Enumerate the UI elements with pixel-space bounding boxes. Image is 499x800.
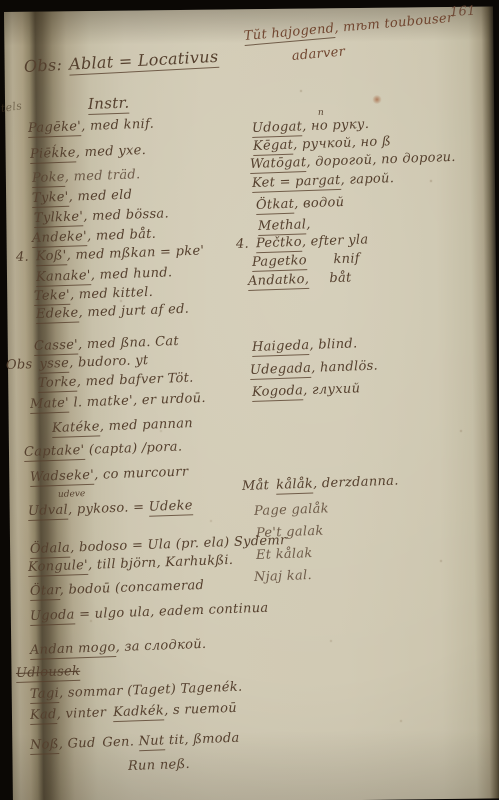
paper-specks xyxy=(0,0,2,2)
entry-word: Ötar xyxy=(30,583,60,601)
entry-gloss: , ручкой, но ß xyxy=(293,134,391,152)
entry-word: Andeke' xyxy=(32,229,88,248)
entry-gloss: knif xyxy=(307,251,361,268)
entry-gloss: , med båt. xyxy=(87,227,157,244)
entry-word: Ödala xyxy=(30,541,71,559)
manuscript-line: Methal, xyxy=(258,218,311,234)
entry-word: Casse' xyxy=(34,337,79,356)
entry-word: Udegada xyxy=(250,361,312,380)
entry-word: Pagetko xyxy=(252,253,308,272)
entry-word: Pagēke' xyxy=(28,119,82,138)
manuscript-line: Run neß. xyxy=(128,758,190,774)
entry-word: Andan mogo xyxy=(30,640,116,660)
entry-word: Kanake' xyxy=(36,268,91,287)
entry-gloss: Page galåk xyxy=(254,501,329,519)
entry-word2: Kadkék xyxy=(113,703,165,722)
entry-gloss: , med knif. xyxy=(81,117,154,135)
entry-word: Kogoda xyxy=(252,383,304,402)
manuscript-line: Et kålak xyxy=(256,547,313,563)
entry-gloss: Njaj kal. xyxy=(254,568,312,585)
entry-gloss: Et kålak xyxy=(256,546,313,563)
entry-gloss: , за слодкой. xyxy=(115,637,206,655)
entry-gloss: , handlös. xyxy=(311,359,378,376)
entry-gloss: , med ßna. Cat xyxy=(78,334,179,353)
manuscript-line: Pe't galak xyxy=(256,525,324,542)
entry-word: Ugoda xyxy=(30,607,75,626)
entry-gloss: , med hund. xyxy=(91,265,173,283)
entry-word: Piēḱke xyxy=(30,145,76,164)
entry-word2: Nut xyxy=(138,733,164,751)
entry-word: Poke xyxy=(32,170,65,188)
page-number: 161 xyxy=(450,5,476,21)
entry-word: Torke xyxy=(38,375,77,393)
entry-gloss: , водой xyxy=(294,195,345,212)
margin-note: Måt xyxy=(242,478,270,494)
entry-gloss: , med eld xyxy=(68,188,132,205)
section-heading-text: Instr. xyxy=(88,94,130,115)
entry-word: Tylkke' xyxy=(34,209,84,228)
section-heading: Instr. xyxy=(88,95,130,113)
entry-word: Tyke' xyxy=(32,190,69,208)
entry-word: Udlousek xyxy=(16,664,81,683)
entry-word: Udogat xyxy=(252,119,303,138)
superscript-note: udeve xyxy=(58,490,86,501)
entry-word: Koß' xyxy=(36,248,67,266)
entry-gloss: , derzdanna. xyxy=(313,474,399,492)
entry-word: Katéke xyxy=(52,419,100,438)
entry-word: Wadseke' xyxy=(30,468,95,487)
title-margin-note: Obs: xyxy=(23,55,62,76)
entry-word: Kēgat xyxy=(253,138,294,156)
entry-word: kålåk xyxy=(276,477,313,495)
entry-gloss: , гарой. xyxy=(340,171,394,188)
entry-gloss: , med bössa. xyxy=(83,206,169,224)
rust-stain xyxy=(372,95,382,104)
entry-gloss: , med yxe. xyxy=(76,143,147,160)
entry-word: Edeke xyxy=(36,306,79,324)
margin-note: 4. xyxy=(16,250,30,265)
entry-gloss2: tit, ßmoda xyxy=(164,731,240,749)
entry-gloss: , co murcourr xyxy=(94,464,189,482)
entry-gloss: Pe't galak xyxy=(256,524,324,541)
manuscript-line-struck: Udlousek xyxy=(16,665,81,682)
entry-gloss: , med träd. xyxy=(65,167,141,185)
entry-word2: Udeke xyxy=(148,498,193,517)
entry-gloss: , med pannan xyxy=(99,416,193,434)
entry-word: Ket = pargat xyxy=(252,173,341,193)
manuscript-line: Njaj kal. xyxy=(254,569,312,585)
entry-gloss: , efter yla xyxy=(302,232,369,249)
entry-gloss: båt xyxy=(309,270,352,286)
entry-gloss: , budoro. yt xyxy=(69,353,149,371)
entry-gloss2: , s ruemoū xyxy=(164,701,237,719)
entry-word: Captake' xyxy=(24,443,85,462)
entry-gloss: , глухий xyxy=(303,381,361,398)
entry-word: ysse xyxy=(39,356,69,374)
entry-word: Ötkat xyxy=(256,197,295,215)
margin-note: 4. xyxy=(236,237,250,252)
margin-note: Obs xyxy=(6,357,33,373)
entry-word: Teke' xyxy=(34,288,71,306)
entry-word: Pečtko xyxy=(256,235,302,254)
entry-word: Andatko, xyxy=(248,272,310,291)
entry-gloss: , med kittel. xyxy=(70,285,154,303)
manuscript-photo: tels 161 Tŭt hajogend, тѣm toubouser ada… xyxy=(0,0,499,800)
entry-word: Kongule' xyxy=(28,558,89,577)
entry-word: Watōgat xyxy=(250,155,307,174)
entry-gloss: , xyxy=(306,217,311,232)
manuscript-line: Page galåk xyxy=(254,502,329,519)
entry-word: Mate' xyxy=(30,396,70,414)
entry-word: Udval xyxy=(28,503,69,521)
entry-word: Methal xyxy=(258,217,307,236)
entry-gloss: (capta) /pora. xyxy=(84,439,182,457)
entry-word: Tagi xyxy=(30,686,60,704)
entry-gloss: , pykoso. = xyxy=(68,500,149,518)
entry-gloss: , blind. xyxy=(309,336,358,353)
entry-gloss: Run neß. xyxy=(128,757,190,774)
entry-gloss: , Gud Gen. xyxy=(58,734,138,752)
superscript-note: n xyxy=(318,109,324,119)
entry-word: Kad xyxy=(30,707,57,725)
entry-word: Haigeda xyxy=(252,338,310,357)
entry-gloss: , но руку. xyxy=(302,117,370,134)
entry-word: Noß xyxy=(30,737,59,755)
entry-gloss: , vinter xyxy=(56,705,113,722)
